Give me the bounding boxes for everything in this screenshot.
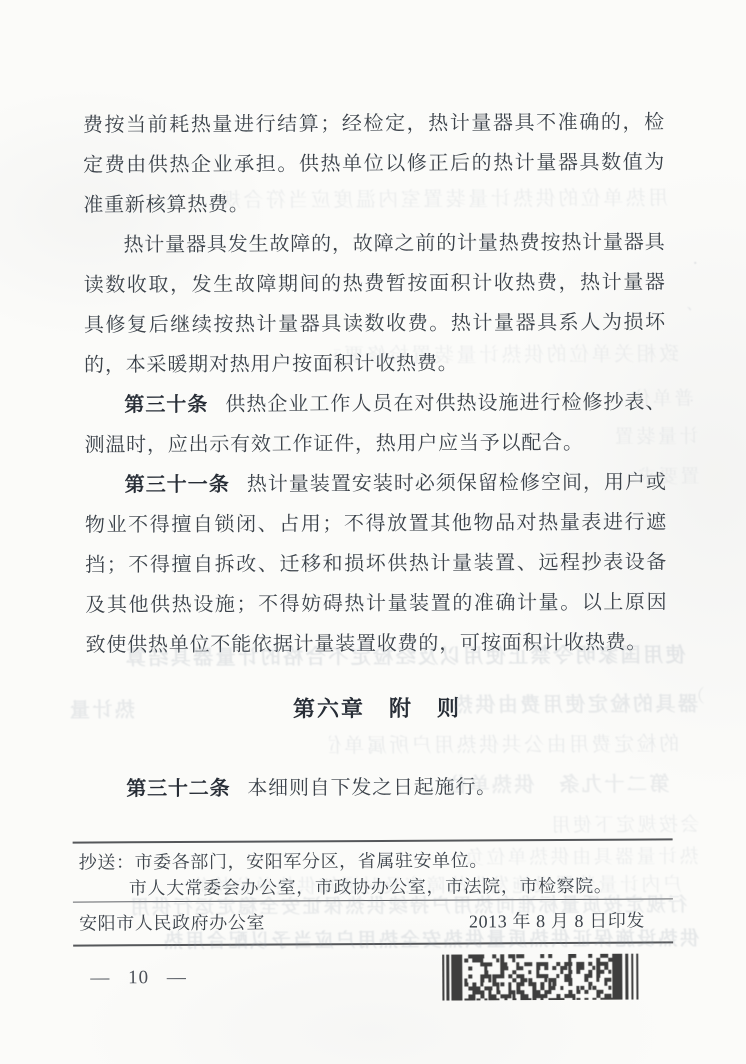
article-number: 第三十条 [124,394,208,416]
paragraph-article-30: 第三十条供热企业工作人员在对供热设施进行检修抄表、测温时，应出示有效工作证件，热… [84,382,666,465]
cc-block: 抄送：市委各部门，安阳军分区，省属驻安单位。 市人大常委会办公室，市政协办公室，… [73,840,673,901]
bleedthrough-text: · [689,394,703,411]
print-date: 2013 年 8 月 8 日印发 [469,908,645,935]
chapter-heading: 第六章 附 则 [86,692,668,725]
cc-line-1: 抄送：市委各部门，安阳军分区，省属驻安单位。 [79,846,673,875]
page-content: 费按当前耗热量进行结算；经检定，热计量器具不准确的，检定费由供热企业承担。供热单… [0,0,746,1064]
paragraph-article-31: 第三十一条热计量装置安装时必须保留检修空间，用户或物业不得擅自锁闭、占用；不得放… [85,462,668,665]
barcode [442,954,642,1001]
paragraph-text: 本细则自下发之日起施行。 [247,776,497,799]
document-footer: 抄送：市委各部门，安阳军分区，省属驻安单位。 市人大常委会办公室，市政协办公室，… [73,838,674,946]
issuer-office: 安阳市人民政府办公室 [79,910,265,937]
article-number: 第三十一条 [125,474,230,497]
cc-line-2: 市人大常委会办公室，市政协办公室，市法院，市检察院。 [79,872,673,901]
document-body: 费按当前耗热量进行结算；经检定，热计量器具不准确的，检定费由供热企业承担。供热单… [83,102,668,665]
paragraph-text: 热计量装置安装时必须保留检修空间，用户或物业不得擅自锁闭、占用；不得放置其他物品… [85,471,668,656]
paragraph-text: 费按当前耗热量进行结算；经检定，热计量器具不准确的，检定费由供热企业承担。供热单… [83,111,665,216]
bleedthrough-text: 、 [687,298,703,315]
paragraph-text: 热计量器具发生故障的，故障之前的计量热费按热计量器具读数收取，发生故障期间的热费… [84,231,666,376]
paragraph-article-32: 第三十二条本细则自下发之日起施行。 [86,770,668,805]
bleedthrough-text: （ [687,686,707,708]
bleedthrough-text: 会按规定下使用。 [549,814,699,838]
cc-label: 抄送： [79,852,135,872]
paragraph: 热计量器具发生故障的，故障之前的计量热费按热计量器具读数收取，发生故障期间的热费… [83,222,666,385]
page-number: — 10 — [90,967,187,990]
bleedthrough-text: 的检定费用由公共供热用户所属单位 [329,732,679,758]
scanned-page: 费按当前耗热量进行结算；经检定，热计量器具不准确的，检定费由供热企业承担。供热单… [0,0,746,1064]
bleedthrough-text: · [693,254,707,273]
issuer-row: 安阳市人民政府办公室 2013 年 8 月 8 日印发 [73,899,673,944]
bleedthrough-layer: 用热单位的供热计量装置室内温度应当符合规定致相关单位的供热计量装置检修要求执行普… [0,0,743,2]
cc-recipients: 市委各部门，安阳军分区，省属驻安单位。 [134,850,488,872]
paragraph-continuation: 费按当前耗热量进行结算；经检定，热计量器具不准确的，检定费由供热企业承担。供热单… [83,102,666,225]
article-number: 第三十二条 [126,778,230,801]
